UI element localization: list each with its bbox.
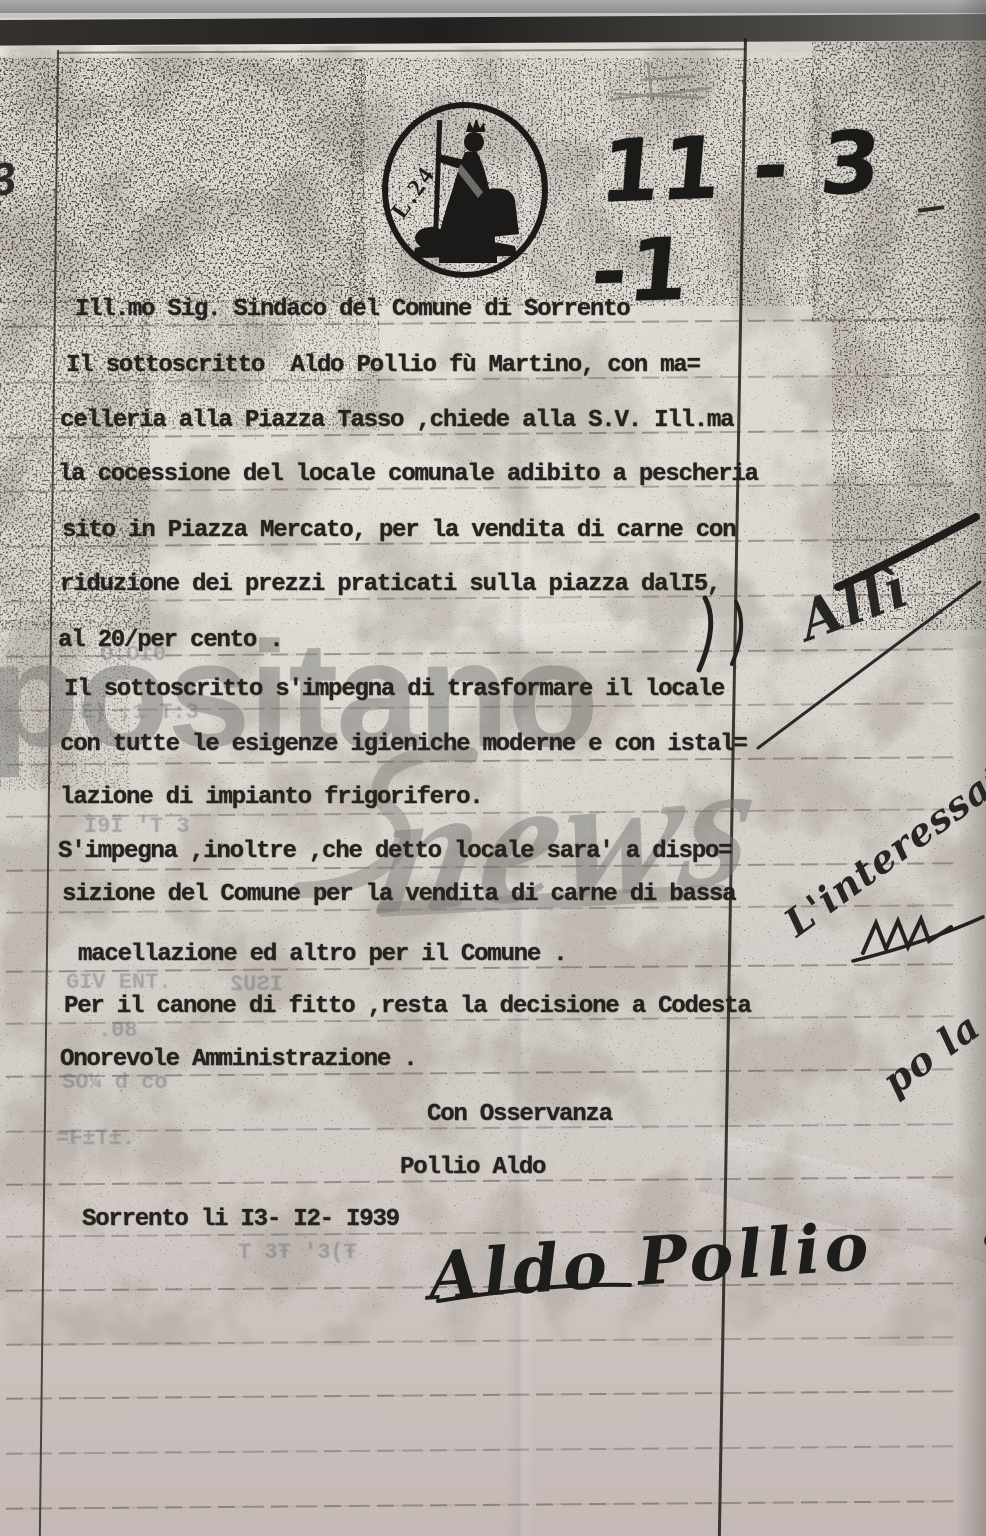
bleed-through-mark: 01Ò:O	[100, 642, 166, 667]
bleed-through-mark: ISU2	[230, 972, 283, 997]
pencil-scribble	[600, 52, 730, 122]
letter-line: macellazione ed altro per il Comune .	[78, 941, 567, 969]
bleed-through-mark: GIV ENT.	[66, 970, 172, 995]
bleed-through-mark: =F±T±.	[56, 1126, 135, 1151]
seal-label: L.24	[387, 161, 442, 223]
paper-shading-bottom	[0, 1136, 986, 1536]
frame-top-bar	[0, 0, 986, 13]
bleed-through-mark: Ì9Ï 'T 3	[84, 814, 190, 839]
letter-line: sizione del Comune per la vendita di car…	[62, 881, 735, 909]
letter-line: riduzione dei prezzi praticati sulla pia…	[60, 571, 720, 599]
letter-line: Il sottoscritto Aldo Pollio fù Martino, …	[66, 352, 700, 380]
letter-line: lazione di impianto frigorifero.	[60, 784, 482, 812]
photographed-document: positano news L.24 11 - 3 -1 Ill.mo Sig.…	[0, 0, 986, 1536]
bleed-through-mark: E) ,1 T:3	[80, 700, 199, 725]
bleed-through-mark: T 3Ŧ '3(Ŧ	[238, 1240, 357, 1265]
seal-figure-italia	[413, 119, 519, 263]
letter-line: celleria alla Piazza Tasso ,chiede alla …	[60, 407, 733, 435]
revenue-stamp-seal: L.24	[373, 98, 563, 298]
letter-line: al 20/per cento .	[58, 627, 282, 655]
margin-note-line: L'interessata d	[771, 655, 986, 952]
letter-line: la cocessione del locale comunale adibit…	[58, 461, 758, 489]
edge-mark: 3	[0, 150, 19, 207]
letter-line: sito in Piazza Mercato, per la vendita d…	[62, 517, 735, 545]
handwritten-docket-number: 11 - 3 -1	[587, 109, 986, 323]
bleed-through-mark: SO¼ ḍ co	[62, 1070, 168, 1095]
letter-line: S'impegna ,inoltre ,che detto locale sar…	[58, 838, 731, 866]
letter-typed-name: Pollio Aldo	[400, 1154, 545, 1182]
letter-dateline: Sorrento li I3- I2- I939	[82, 1206, 399, 1234]
letter-line: Per il canone di fitto ,resta la decisio…	[64, 993, 751, 1021]
letter-closing: Con Osservanza	[427, 1101, 612, 1129]
letter-line: Ill.mo Sig. Sindaco del Comune di Sorren…	[75, 296, 630, 324]
bleed-through-mark: 80.	[98, 1018, 138, 1043]
letter-line: con tutte le esigenze igieniche moderne …	[60, 731, 747, 759]
